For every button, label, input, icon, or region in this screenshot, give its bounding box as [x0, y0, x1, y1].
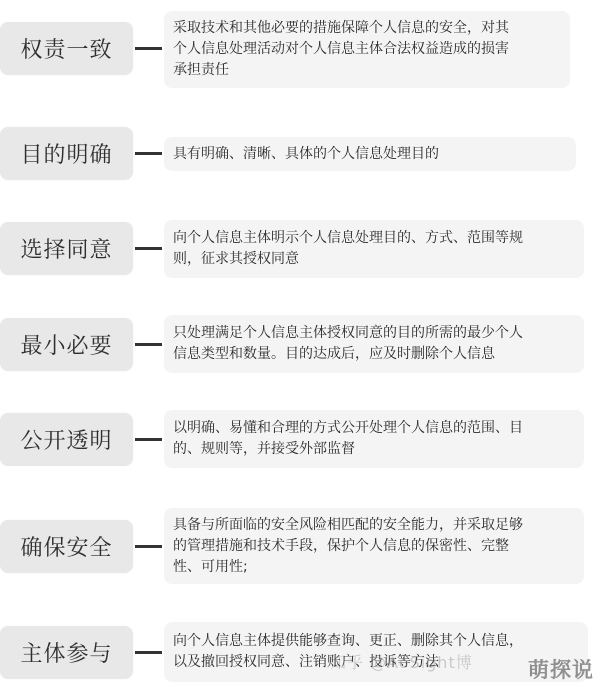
principle-description-box: 采取技术和其他必要的措施保障个人信息的安全，对其 个人信息处理活动对个人信息主体…	[164, 11, 570, 88]
principle-description: 向个人信息主体明示个人信息处理目的、方式、范围等规 则，征求其授权同意	[173, 228, 523, 270]
principle-description: 只处理满足个人信息主体授权同意的目的所需的最少个人 信息类型和数量。目的达成后，…	[173, 323, 523, 365]
principle-label: 公开透明	[0, 413, 133, 466]
principle-description: 具备与所面临的安全风险相匹配的安全能力，并采取足够 的管理措施和技术手段，保护个…	[173, 515, 523, 578]
principle-description: 具有明确、清晰、具体的个人信息处理目的	[173, 144, 439, 165]
watermark-text: 知乎 @AoSight博	[330, 650, 473, 673]
principle-label: 目的明确	[0, 127, 133, 180]
principle-label: 确保安全	[0, 520, 133, 573]
principle-description-box: 以明确、易懂和合理的方式公开处理个人信息的范围、目 的、规则等，并接受外部监督	[164, 410, 584, 468]
principle-description: 以明确、易懂和合理的方式公开处理个人信息的范围、目 的、规则等，并接受外部监督	[173, 418, 523, 460]
connector-line	[135, 247, 162, 250]
principle-label: 选择同意	[0, 222, 133, 275]
connector-line	[135, 438, 162, 441]
principle-description-box: 具备与所面临的安全风险相匹配的安全能力，并采取足够 的管理措施和技术手段，保护个…	[164, 508, 584, 584]
watermark-brand: 萌探说	[528, 654, 594, 684]
principle-description-box: 具有明确、清晰、具体的个人信息处理目的	[164, 137, 576, 171]
principle-description: 采取技术和其他必要的措施保障个人信息的安全，对其 个人信息处理活动对个人信息主体…	[173, 18, 509, 81]
principle-description-box: 向个人信息主体明示个人信息处理目的、方式、范围等规 则，征求其授权同意	[164, 220, 584, 278]
principle-description-box: 只处理满足个人信息主体授权同意的目的所需的最少个人 信息类型和数量。目的达成后，…	[164, 315, 584, 373]
principle-label: 主体参与	[0, 626, 133, 679]
connector-line	[135, 152, 162, 155]
principle-label: 最小必要	[0, 318, 133, 371]
connector-line	[135, 545, 162, 548]
connector-line	[135, 343, 162, 346]
connector-line	[135, 47, 162, 50]
connector-line	[135, 651, 162, 654]
principle-label: 权责一致	[0, 22, 133, 75]
